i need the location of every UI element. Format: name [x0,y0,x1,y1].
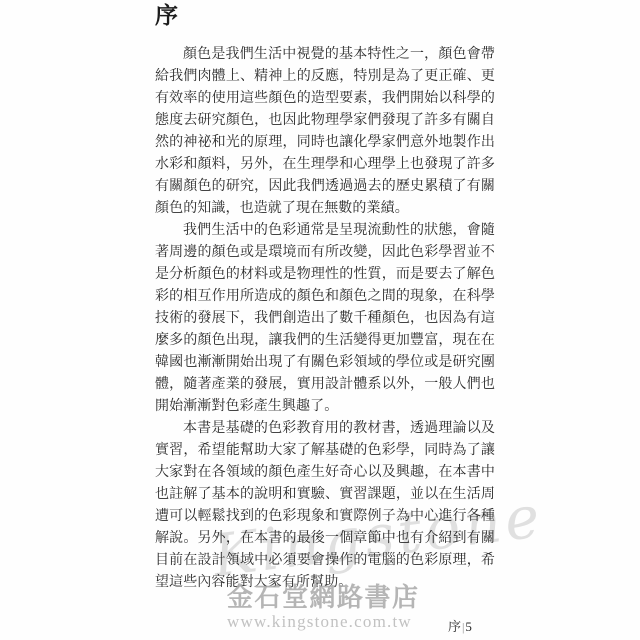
kingstone-store-name-watermark: 金石堂網路書店 [227,584,420,612]
footer-section-label: 序 [448,619,461,634]
preface-paragraph-1: 顏色是我們生活中視覺的基本特性之一，顏色會帶給我們肉體上、精神上的反應，特別是為… [155,44,495,220]
page-number: 序|5 [448,619,472,635]
book-page: Kingstone 序 顏色是我們生活中視覺的基本特性之一，顏色會帶給我們肉體上… [0,0,640,640]
page-title: 序 [155,2,495,29]
footer-page-number: 5 [465,619,472,634]
preface-content: 序 顏色是我們生活中視覺的基本特性之一，顏色會帶給我們肉體上、精神上的反應，特別… [155,2,495,594]
kingstone-url-watermark: www.kingstone.com.tw [227,612,412,631]
preface-paragraph-2: 我們生活中的色彩通常是呈現流動性的狀態，會隨著周邊的顏色或是環境而有所改變，因此… [155,220,495,418]
preface-paragraph-3: 本書是基礎的色彩教育用的教材書，透過理論以及實習，希望能幫助大家了解基礎的色彩學… [155,418,495,594]
